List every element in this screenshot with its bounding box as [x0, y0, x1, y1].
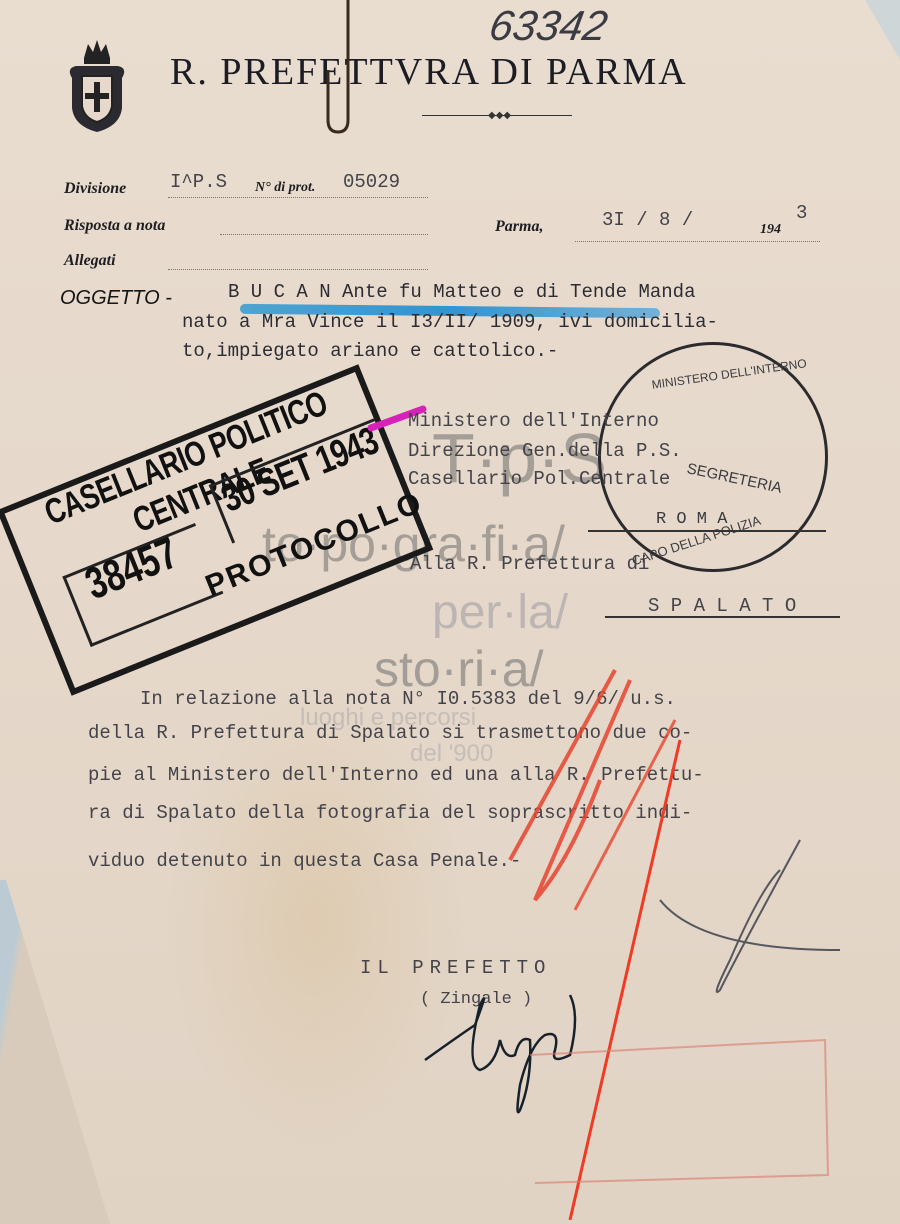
to-line: Alla R. Prefettura di [410, 553, 649, 575]
divisione-dotline [168, 196, 428, 198]
risposta-label: Risposta a nota [64, 217, 165, 235]
date-dotline [575, 240, 820, 242]
oggetto-line-1: B U C A N Ante fu Matteo e di Tende Mand… [228, 281, 695, 303]
place-label: Parma, [495, 218, 543, 236]
round-stamp-top: MINISTERO DELL'INTERNO [651, 356, 808, 392]
body-line-5: viduo detenuto in questa Casa Penale.- [88, 850, 521, 872]
addressee-line-1: Ministero dell'Interno [408, 410, 659, 432]
oggetto-line-3: to,impiegato ariano e cattolico.- [182, 340, 558, 362]
year-prefix: 194 [760, 222, 781, 238]
round-stamp-middle: SEGRETERIA [685, 460, 783, 497]
city-underline [605, 616, 840, 618]
savoy-crest-icon [62, 38, 132, 134]
divisione-label: Divisione [64, 180, 126, 198]
addressee-line-3: Casellario Pol.Centrale [408, 468, 670, 490]
allegati-dotline [168, 268, 428, 270]
addressee-rule [588, 530, 826, 532]
year-suffix: 3 [796, 202, 807, 224]
paper-clip-icon [318, 0, 358, 135]
watermark-perla: per·la/ [432, 585, 568, 640]
city-line: S P A L A T O [648, 595, 796, 617]
prot-value: 05029 [343, 171, 400, 193]
divisione-value: I^P.S [170, 171, 227, 193]
faint-red-stamp [520, 1035, 835, 1185]
date-value: 3I / 8 / [602, 209, 693, 231]
letterhead-title: R. PREFETTVRA DI PARMA [170, 50, 688, 94]
addressee-line-2: Direzione Gen.della P.S. [408, 440, 682, 462]
oggetto-line-2: nato a Mra Vince il I3/II/ 1909, ivi dom… [182, 311, 718, 333]
risposta-dotline [220, 233, 428, 235]
allegati-label: Allegati [64, 252, 116, 270]
closing-title: IL PREFETTO [360, 957, 551, 979]
archive-number: 63342 [486, 2, 611, 50]
prot-label: N° di prot. [255, 180, 315, 196]
oggetto-label: OGGETTO - [60, 287, 172, 310]
letterhead-ornament: ◆◆◆ [488, 110, 511, 121]
pencil-mark [640, 830, 840, 1000]
